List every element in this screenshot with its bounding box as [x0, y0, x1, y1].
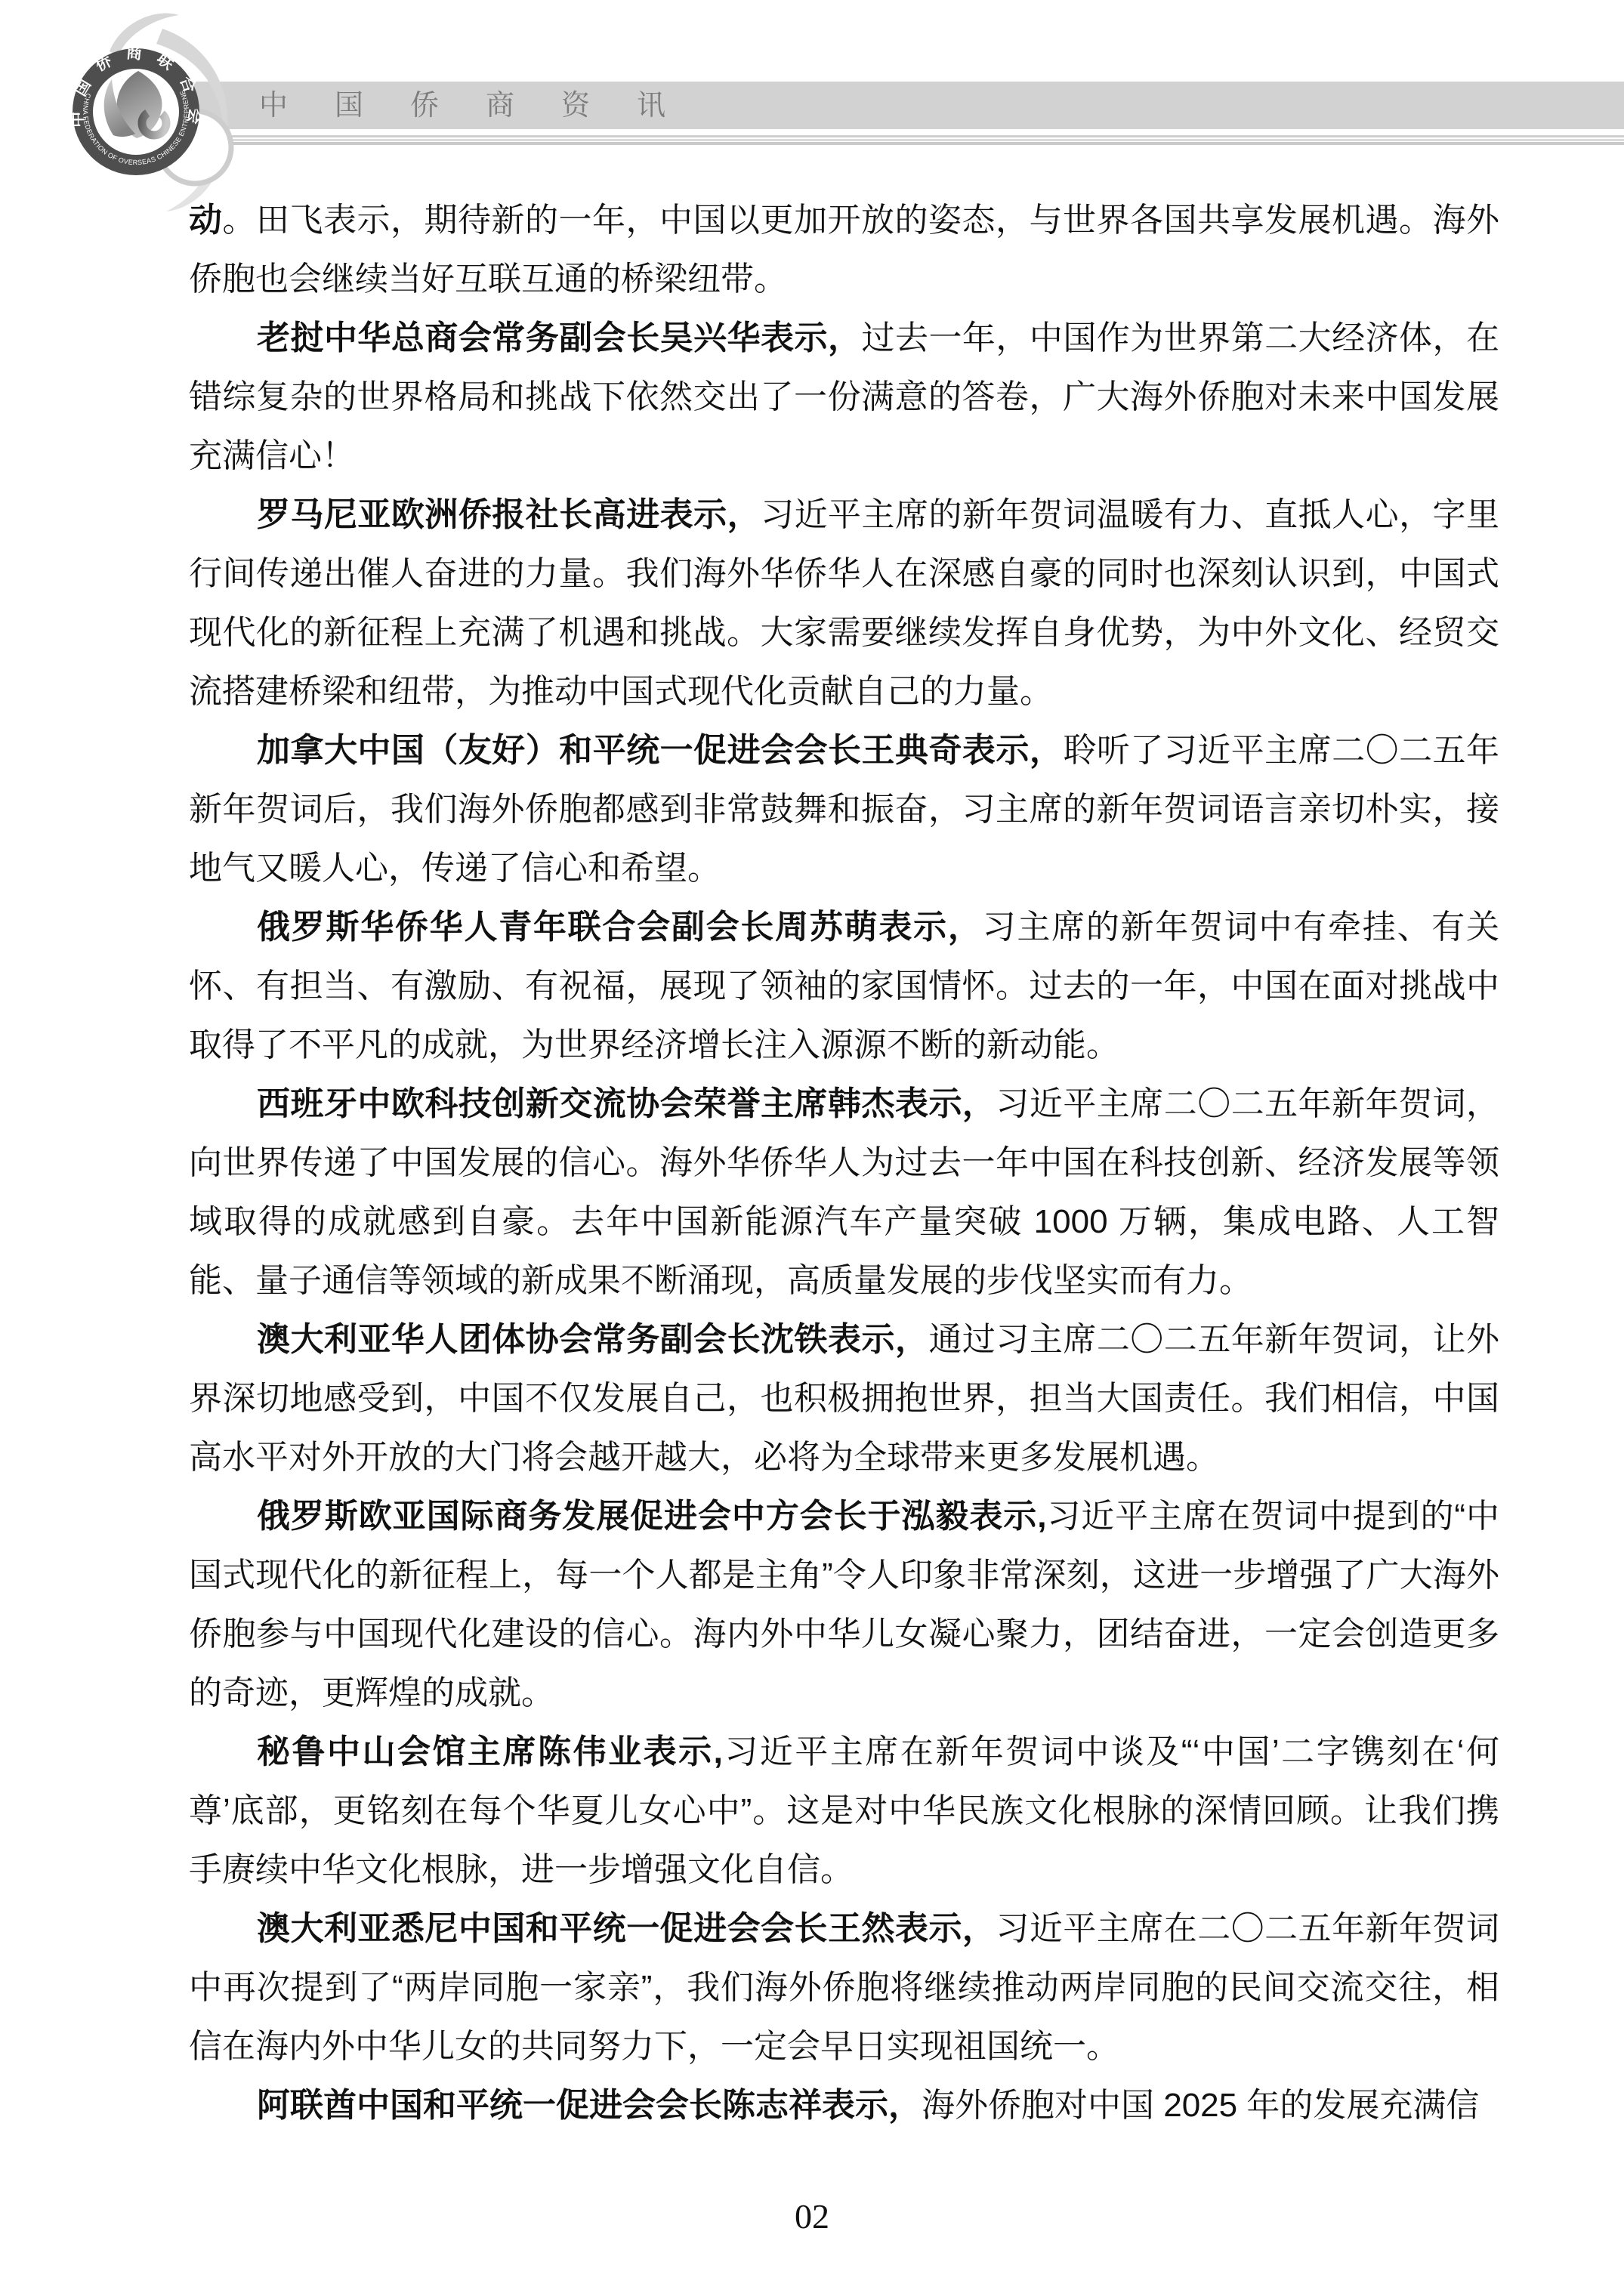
- speaker-lead: 动: [189, 202, 223, 239]
- paragraph: 俄罗斯欧亚国际商务发展促进会中方会长于泓毅表示,习近平主席在贺词中提到的“中国式…: [189, 1487, 1499, 1723]
- page-header-title: 中国侨商资讯: [259, 82, 712, 129]
- paragraph-text: 。田飞表示，期待新的一年，中国以更加开放的姿态，与世界各国共享发展机遇。海外侨胞…: [189, 202, 1499, 298]
- body-text: 动。田飞表示，期待新的一年，中国以更加开放的姿态，与世界各国共享发展机遇。海外侨…: [189, 191, 1499, 2135]
- speaker-lead: 罗马尼亚欧洲侨报社长高进表示，: [257, 496, 761, 533]
- paragraph: 俄罗斯华侨华人青年联合会副会长周苏萌表示，习主席的新年贺词中有牵挂、有关怀、有担…: [189, 898, 1499, 1075]
- speaker-lead: 老挝中华总商会常务副会长吴兴华表示，: [257, 319, 862, 356]
- speaker-lead: 秘鲁中山会馆主席陈伟业表示,: [257, 1733, 723, 1770]
- header-rule: [189, 135, 1624, 145]
- speaker-lead: 加拿大中国（友好）和平统一促进会会长王典奇表示，: [257, 732, 1063, 769]
- speaker-lead: 西班牙中欧科技创新交流协会荣誉主席韩杰表示，: [257, 1085, 996, 1122]
- speaker-lead: 澳大利亚悉尼中国和平统一促进会会长王然表示，: [257, 1910, 996, 1947]
- paragraph: 动。田飞表示，期待新的一年，中国以更加开放的姿态，与世界各国共享发展机遇。海外侨…: [189, 191, 1499, 309]
- speaker-lead: 阿联酋中国和平统一促进会会长陈志祥表示，: [257, 2087, 922, 2124]
- paragraph: 西班牙中欧科技创新交流协会荣誉主席韩杰表示，习近平主席二〇二五年新年贺词，向世界…: [189, 1075, 1499, 1310]
- paragraph: 老挝中华总商会常务副会长吴兴华表示，过去一年，中国作为世界第二大经济体，在错综复…: [189, 309, 1499, 486]
- paragraph: 罗马尼亚欧洲侨报社长高进表示，习近平主席的新年贺词温暖有力、直抵人心，字里行间传…: [189, 486, 1499, 721]
- paragraph: 加拿大中国（友好）和平统一促进会会长王典奇表示，聆听了习近平主席二〇二五年新年贺…: [189, 721, 1499, 898]
- paragraph: 秘鲁中山会馆主席陈伟业表示,习近平主席在新年贺词中谈及“‘中国’二字镌刻在‘何尊…: [189, 1723, 1499, 1900]
- paragraph: 澳大利亚华人团体协会常务副会长沈铁表示，通过习主席二〇二五年新年贺词，让外界深切…: [189, 1310, 1499, 1487]
- speaker-lead: 俄罗斯欧亚国际商务发展促进会中方会长于泓毅表示,: [257, 1498, 1046, 1535]
- paragraph: 澳大利亚悉尼中国和平统一促进会会长王然表示，习近平主席在二〇二五年新年贺词中再次…: [189, 1900, 1499, 2076]
- page-number: 02: [0, 2196, 1624, 2236]
- speaker-lead: 澳大利亚华人团体协会常务副会长沈铁表示，: [257, 1321, 928, 1358]
- page: 中国侨商资讯 中国侨商联合会: [0, 0, 1624, 2293]
- paragraph-text: 海外侨胞对中国 2025 年的发展充满信: [922, 2087, 1479, 2124]
- paragraph: 阿联酋中国和平统一促进会会长陈志祥表示，海外侨胞对中国 2025 年的发展充满信: [189, 2076, 1499, 2135]
- speaker-lead: 俄罗斯华侨华人青年联合会副会长周苏萌表示，: [257, 909, 983, 946]
